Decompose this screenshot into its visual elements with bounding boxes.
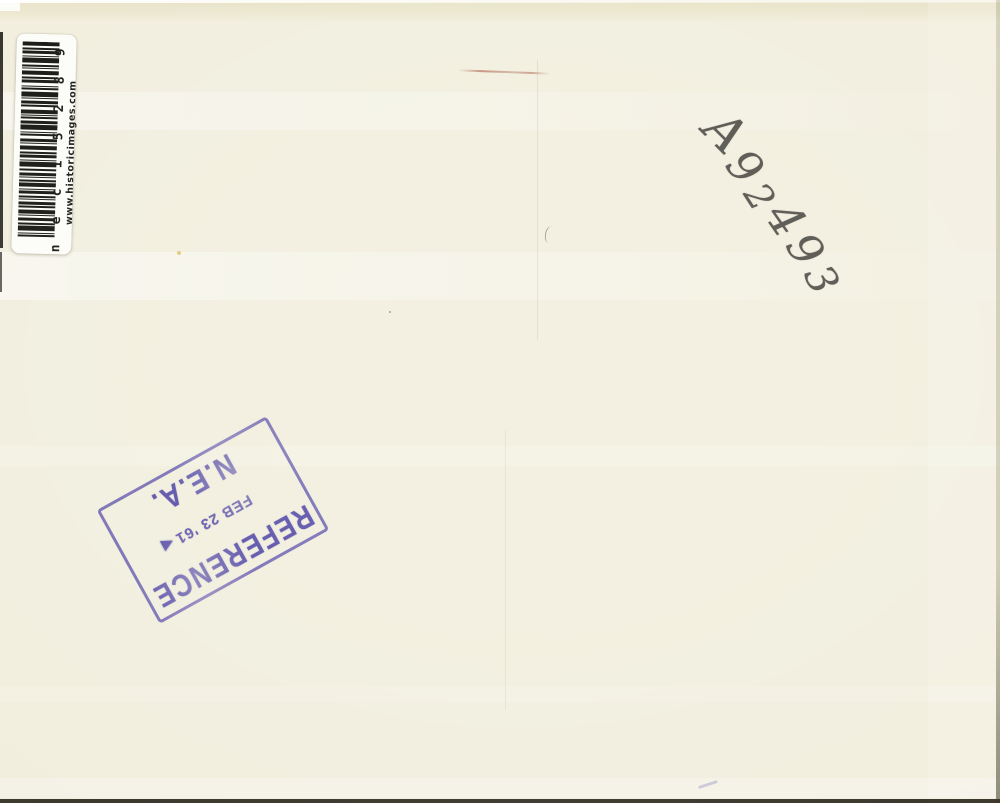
reference-stamp: REFERENCE FEB 23 '61◀ N.E.A.	[97, 416, 330, 624]
barcode-sticker: nec15289 www.historicimages.com	[11, 33, 77, 254]
barcode-code-char: e	[50, 216, 64, 224]
scan-vignette	[0, 0, 1000, 803]
scan-corner-highlight	[0, 0, 20, 11]
scan-band-light	[0, 686, 1000, 702]
barcode-code-char: 8	[54, 76, 68, 84]
barcode-code-char: n	[49, 244, 63, 252]
scan-edge-top	[0, 0, 1000, 3]
scan-edge-left	[0, 32, 3, 248]
barcode-code-char: 2	[53, 104, 67, 112]
scan-band-top-dark	[0, 2, 1000, 22]
barcode-code-char: 1	[51, 160, 65, 168]
scan-band-light	[928, 0, 998, 803]
red-scratch-mark	[458, 69, 550, 74]
scan-edge-right	[996, 0, 1000, 803]
scan-band-light	[0, 92, 1000, 130]
barcode-code-char: c	[51, 188, 65, 196]
handwritten-id-number: A92493	[692, 100, 868, 307]
scan-band-light	[0, 446, 1000, 466]
photo-back-paper: nec15289 www.historicimages.com A92493 R…	[0, 0, 1000, 803]
barcode-code-char: 5	[52, 132, 66, 140]
paper-crease	[505, 430, 506, 710]
paper-speck	[389, 311, 391, 313]
scan-edge-bottom	[0, 799, 1000, 803]
barcode-sticker-text: nec15289 www.historicimages.com	[49, 42, 89, 255]
paper-crease	[537, 60, 538, 340]
paper-speck	[177, 251, 181, 255]
ink-smudge	[698, 780, 718, 789]
scan-edge-left	[0, 252, 2, 292]
pencil-squiggle-mark	[544, 225, 556, 243]
barcode-code-char: 9	[54, 48, 68, 56]
scan-band-light	[0, 778, 1000, 798]
